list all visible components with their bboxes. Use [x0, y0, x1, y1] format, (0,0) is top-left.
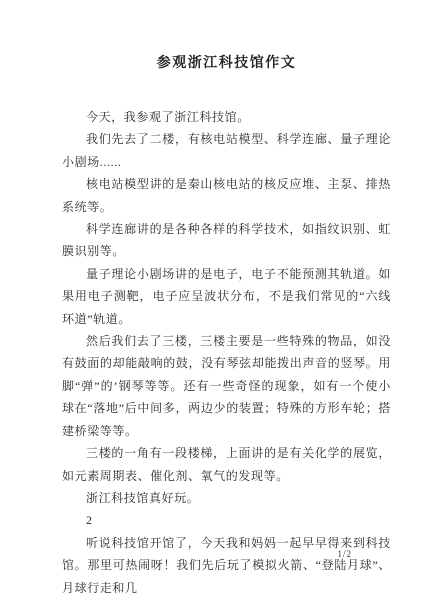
page-number: 1/2 — [337, 549, 352, 559]
paragraph-9: 听说科技馆开馆了，今天我和妈妈一起早早得来到科技馆。那里可热闹呀！我们先后玩了模… — [62, 532, 391, 599]
paragraph-3: 核电站模型讲的是秦山核电站的核反应堆、主泵、排热系统等。 — [62, 173, 391, 218]
paragraph-2: 我们先去了二楼，有核电站模型、科学连廊、量子理论小剧场...... — [62, 128, 391, 173]
paragraph-7: 三楼的一角有一段楼梯，上面讲的是有关化学的展览，如元素周期表、催化剂、氧气的发现… — [62, 442, 391, 487]
section-number: 2 — [62, 509, 391, 531]
document-body: 今天，我参观了浙江科技馆。 我们先去了二楼，有核电站模型、科学连廊、量子理论小剧… — [62, 106, 391, 599]
document-content: 参观浙江科技馆作文 今天，我参观了浙江科技馆。 我们先去了二楼，有核电站模型、科… — [62, 0, 391, 599]
paragraph-1: 今天，我参观了浙江科技馆。 — [62, 106, 391, 128]
paragraph-4: 科学连廊讲的是各种各样的科学技术，如指纹识别、虹膜识别等。 — [62, 218, 391, 263]
document-page: 参观浙江科技馆作文 今天，我参观了浙江科技馆。 我们先去了二楼，有核电站模型、科… — [0, 0, 424, 600]
paragraph-6: 然后我们去了三楼，三楼主要是一些特殊的物品，如没有鼓面的却能敲响的鼓，没有琴弦却… — [62, 330, 391, 442]
paragraph-5: 量子理论小剧场讲的是电子，电子不能预测其轨道。如果用电子测靶，电子应呈波状分布，… — [62, 263, 391, 330]
document-title: 参观浙江科技馆作文 — [62, 52, 391, 72]
paragraph-8: 浙江科技馆真好玩。 — [62, 487, 391, 509]
